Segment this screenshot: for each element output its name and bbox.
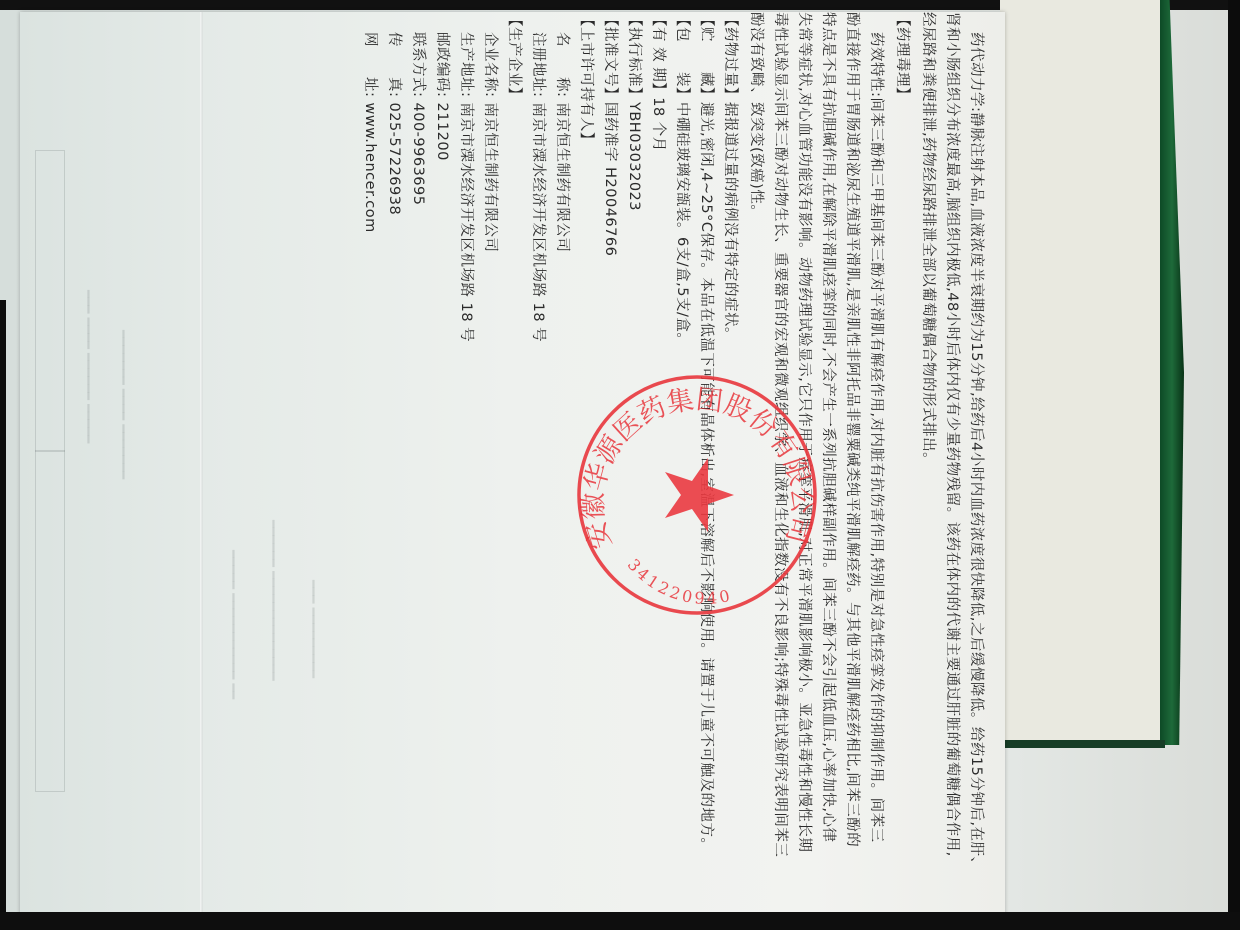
standard-field: 【执行标准】YBH03032023 <box>625 12 643 211</box>
paper-fold <box>200 12 203 917</box>
approval-field: 【批准文号】国药准字 H20046766 <box>601 12 619 256</box>
mfr-name: 企业名称: 南京恒生制药有限公司 <box>481 32 499 253</box>
mfr-website: 网 址: www.hencer.com <box>361 32 379 233</box>
photo-border-bottom <box>0 912 1240 930</box>
mah-address: 注册地址: 南京市溧水经济开发区机场路 18 号 <box>529 32 547 342</box>
mfr-address: 生产地址: 南京市溧水经济开发区机场路 18 号 <box>457 32 475 342</box>
photo-border-left <box>0 300 6 930</box>
pk-line-2: 肾和小肠组织分布浓度最高,脑组织内极低,48小时后体内仅有少量药物残留。该药在体… <box>943 12 961 857</box>
mfr-postcode: 邮政编码: 211200 <box>433 32 451 161</box>
ph-line-6: 酚没有致畸、致突变(致癌)性。 <box>747 12 765 219</box>
book-pad <box>1000 0 1167 745</box>
mfr-phone: 联系方式: 400-9963695 <box>409 32 427 206</box>
star-icon <box>665 458 734 532</box>
mfr-fax: 传 真: 025-57226938 <box>385 32 403 215</box>
ph-line-2: 酚直接作用于胃肠道和泌尿生殖道平滑肌,是亲肌性非阿托品非罂粟碱类纯平滑肌解痉药。… <box>843 12 861 847</box>
overdose-field: 【药物过量】据报道过量的病例没有特定的症状。 <box>721 12 739 342</box>
pk-line-3: 经尿路和粪便排泄,药物经尿路排泄全部以葡萄糖偶合物的形式排出。 <box>919 12 937 467</box>
company-seal: 安徽华源医药集团股份有限公司 341220940 9 <box>572 370 822 620</box>
package-field: 【包 装】中硼硅玻璃安瓿装。6支/盒,5支/盒。 <box>673 12 691 347</box>
mah-name: 名 称: 南京恒生制药有限公司 <box>553 32 571 253</box>
ph-line-1: 药效特性:间苯三酚和三甲基间苯三酚对平滑肌有解痉作用,对内脏有抗伤害作用,特别是… <box>867 32 885 843</box>
shelf-life-field: 【有 效 期】18 个月 <box>649 12 667 152</box>
photo-border-right <box>1228 0 1240 930</box>
manufacturer-heading: 【生产企业】 <box>505 12 523 102</box>
mah-heading: 【上市许可持有人】 <box>577 12 595 147</box>
pharmacology-heading: 【药理毒理】 <box>893 12 911 102</box>
book-edge <box>1000 740 1165 748</box>
pk-line-1: 药代动力学:静脉注射本品,血液浓度半衰期约为15分钟,给药后4小时内血药浓度很快… <box>967 32 985 871</box>
